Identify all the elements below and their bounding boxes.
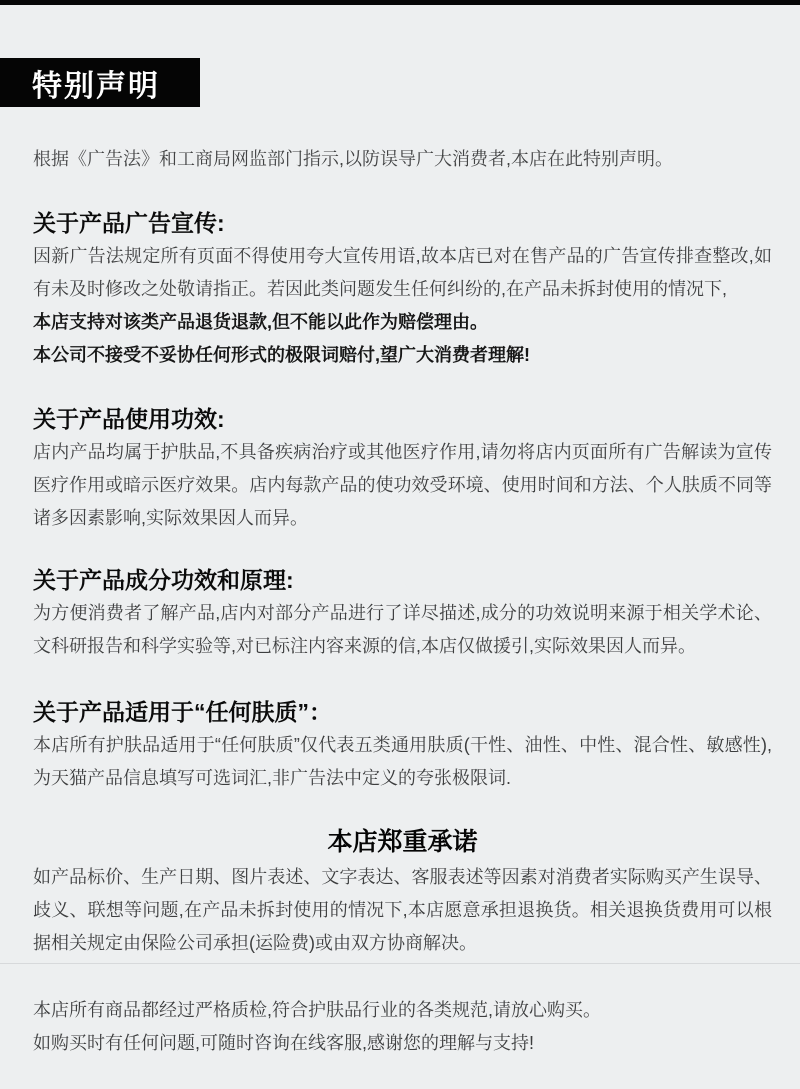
intro-paragraph: 根据《广告法》和工商局网监部门指示,以防误导广大消费者,本店在此特别声明。	[33, 107, 772, 176]
page-title: 特别声明	[32, 61, 160, 105]
special-statement-page: 特别声明 根据《广告法》和工商局网监部门指示,以防误导广大消费者,本店在此特别声…	[0, 0, 800, 1089]
footer-note-service: 如购买时有任何问题,可随时咨询在线客服,感谢您的理解与支持!	[33, 1027, 772, 1060]
section-bold-line-no-compensation: 本公司不接受不妥协任何形式的极限词赔付,望广大消费者理解!	[33, 339, 772, 372]
promise-heading: 本店郑重承诺	[33, 823, 772, 861]
page-title-box: 特别声明	[0, 58, 200, 107]
section-heading-usage-effect: 关于产品使用功效:	[33, 402, 772, 436]
footer-note-quality: 本店所有商品都经过严格质检,符合护肤品行业的各类规范,请放心购买。	[33, 994, 772, 1027]
section-heading-ingredients: 关于产品成分功效和原理:	[33, 563, 772, 597]
footer-notes: 本店所有商品都经过严格质检,符合护肤品行业的各类规范,请放心购买。 如购买时有任…	[0, 964, 800, 1060]
section-heading-ad-claims: 关于产品广告宣传:	[33, 206, 772, 240]
section-bold-line-refund: 本店支持对该类产品退货退款,但不能以此作为赔偿理由。	[33, 306, 772, 339]
top-black-bar	[0, 0, 800, 5]
section-body-usage-effect: 店内产品均属于护肤品,不具备疾病治疗或其他医疗作用,请勿将店内页面所有广告解读为…	[33, 436, 772, 535]
section-body-skin-type: 本店所有护肤品适用于“任何肤质”仅代表五类通用肤质(干性、油性、中性、混合性、敏…	[33, 729, 772, 795]
section-body-ad-claims: 因新广告法规定所有页面不得使用夸大宣传用语,故本店已对在售产品的广告宣传排查整改…	[33, 240, 772, 306]
section-heading-skin-type: 关于产品适用于“任何肤质”：	[33, 695, 772, 729]
statement-content: 根据《广告法》和工商局网监部门指示,以防误导广大消费者,本店在此特别声明。 关于…	[0, 107, 800, 960]
promise-body: 如产品标价、生产日期、图片表述、文字表达、客服表述等因素对消费者实际购买产生误导…	[33, 861, 772, 960]
section-body-ingredients: 为方便消费者了解产品,店内对部分产品进行了详尽描述,成分的功效说明来源于相关学术…	[33, 597, 772, 663]
